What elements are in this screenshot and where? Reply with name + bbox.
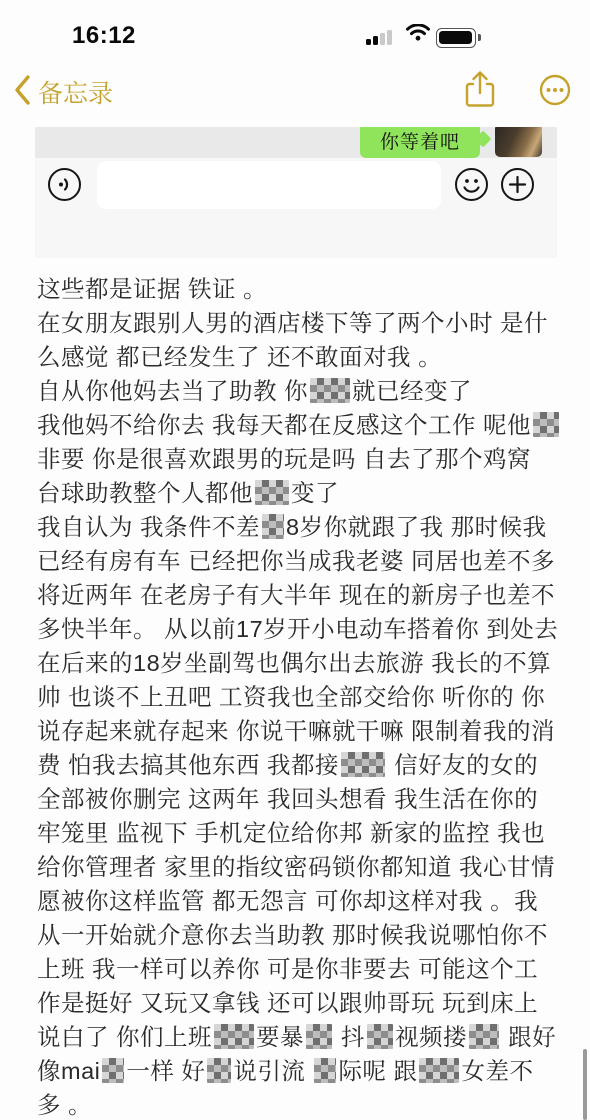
status-time: 16:12 [72, 22, 136, 50]
back-label: 备忘录 [38, 74, 113, 110]
note-text-segment: 就已经变了 [352, 378, 472, 404]
note-line: 像mai一样 好说引流 际呢 跟女差不 [37, 1054, 572, 1088]
note-text-segment: 愿被你这样监管 都无怨言 可你却这样对我 。我 [37, 888, 538, 914]
scrollbar-thumb[interactable] [583, 1049, 587, 1120]
back-chevron-icon [14, 75, 30, 110]
note-text-segment: 视频搂 [395, 1024, 467, 1050]
note-text-segment: 费 怕我去搞其他东西 我都接 [37, 752, 339, 778]
note-text-segment: 将近两年 在老房子有大半年 现在的新房子也差不 [37, 582, 555, 608]
censored-text-block [469, 1024, 499, 1049]
note-text-segment: 抖 [334, 1024, 365, 1050]
note-line: 在女朋友跟别人男的酒店楼下等了两个小时 是什 [37, 306, 572, 340]
censored-text-block [341, 752, 385, 777]
note-line: 说白了 你们上班要暴 抖视频搂 跟好 [37, 1020, 572, 1054]
censored-text-block [207, 1058, 231, 1083]
note-text-segment: 跟好 [501, 1024, 556, 1050]
embedded-chat-screenshot[interactable]: 你等着吧 [35, 127, 557, 258]
status-bar: 16:12 [0, 0, 590, 60]
battery-icon [436, 27, 480, 47]
note-text-segment: 多 。 [37, 1092, 92, 1118]
note-line: 牢笼里 监视下 手机定位给你邦 新家的监控 我也 [37, 816, 572, 850]
voice-icon [48, 168, 81, 201]
note-line: 从一开始就介意你去当助教 那时候我说哪怕你不 [37, 918, 572, 952]
censored-text-block [255, 480, 289, 505]
note-text-segment: 说存起来就存起来 你说干嘛就干嘛 限制着我的消 [37, 718, 555, 744]
cellular-signal-icon [366, 29, 396, 45]
note-line: 我他妈不给你去 我每天都在反感这个工作 呢他 [37, 408, 572, 442]
censored-text-block [306, 1024, 332, 1049]
note-body[interactable]: 这些都是证据 铁证 。在女朋友跟别人男的酒店楼下等了两个小时 是什么感觉 都已经… [37, 272, 572, 1120]
note-text-segment: 这些都是证据 铁证 。 [37, 276, 267, 302]
chat-bubble: 你等着吧 [360, 127, 480, 158]
note-line: 已经有房有车 已经把你当成我老婆 同居也差不多 [37, 544, 572, 578]
note-text-segment: 已经有房有车 已经把你当成我老婆 同居也差不多 [37, 548, 555, 574]
note-text-segment: 我自认为 我条件不差 [37, 514, 260, 540]
note-text-segment: 女差不 [461, 1058, 533, 1084]
note-line: 多快半年。 从以前17岁开小电动车搭着你 到处去 [37, 612, 572, 646]
note-text-segment: 给你管理者 家里的指纹密码锁你都知道 我心甘情 [37, 854, 555, 880]
chat-text-input [97, 161, 441, 209]
censored-text-block [314, 1058, 336, 1083]
note-text-segment: 台球助教整个人都他 [37, 480, 253, 506]
note-line: 给你管理者 家里的指纹密码锁你都知道 我心甘情 [37, 850, 572, 884]
status-icons [366, 26, 486, 48]
note-text-segment: 在女朋友跟别人男的酒店楼下等了两个小时 是什 [37, 310, 548, 336]
notes-nav-bar: 备忘录 [0, 62, 590, 124]
censored-text-block [310, 378, 350, 403]
note-text-segment: 信好友的女的 [387, 752, 538, 778]
note-line: 在后来的18岁坐副驾也偶尔出去旅游 我长的不算 [37, 646, 572, 680]
censored-text-block [102, 1058, 124, 1083]
note-text-segment: 上班 我一样可以养你 可是你非要去 可能这个工 [37, 956, 538, 982]
censored-text-block [419, 1058, 459, 1083]
note-text-segment: 作是挺好 又玩又拿钱 还可以跟帅哥玩 玩到床上 [37, 990, 538, 1016]
note-line: 么感觉 都已经发生了 还不敢面对我 。 [37, 340, 572, 374]
plus-icon [501, 168, 534, 201]
note-line: 帅 也谈不上丑吧 工资我也全部交给你 听你的 你 [37, 680, 572, 714]
note-text-segment: 际呢 跟 [338, 1058, 417, 1084]
note-line: 作是挺好 又玩又拿钱 还可以跟帅哥玩 玩到床上 [37, 986, 572, 1020]
note-text-segment: 说白了 你们上班 [37, 1024, 212, 1050]
emoji-icon [455, 168, 488, 201]
note-line: 台球助教整个人都他变了 [37, 476, 572, 510]
note-line: 全部被你删完 这两年 我回头想看 我生活在你的 [37, 782, 572, 816]
note-text-segment: 多快半年。 从以前17岁开小电动车搭着你 到处去 [37, 616, 558, 642]
share-icon[interactable] [464, 70, 496, 115]
note-line: 费 怕我去搞其他东西 我都接 信好友的女的 [37, 748, 572, 782]
note-text-segment: 像mai [37, 1058, 100, 1084]
note-text-segment: 8岁你就跟了我 那时候我 [286, 514, 547, 540]
more-ellipsis-icon[interactable] [538, 73, 572, 112]
note-text-segment: 我他妈不给你去 我每天都在反感这个工作 呢他 [37, 412, 531, 438]
note-line: 说存起来就存起来 你说干嘛就干嘛 限制着我的消 [37, 714, 572, 748]
back-button[interactable]: 备忘录 [14, 74, 113, 110]
chat-input-toolbar [35, 158, 557, 258]
note-line: 自从你他妈去当了助教 你就已经变了 [37, 374, 572, 408]
note-text-segment: 要暴 [256, 1024, 304, 1050]
note-text-segment: 说引流 [233, 1058, 312, 1084]
note-line: 我自认为 我条件不差8岁你就跟了我 那时候我 [37, 510, 572, 544]
wifi-icon [406, 24, 430, 46]
censored-text-block [214, 1024, 254, 1049]
note-text-segment: 牢笼里 监视下 手机定位给你邦 新家的监控 我也 [37, 820, 545, 846]
note-line: 将近两年 在老房子有大半年 现在的新房子也差不 [37, 578, 572, 612]
note-text-segment: 非要 你是很喜欢跟男的玩是吗 自去了那个鸡窝 [37, 446, 531, 472]
note-line: 愿被你这样监管 都无怨言 可你却这样对我 。我 [37, 884, 572, 918]
note-text-segment: 变了 [291, 480, 339, 506]
note-line: 上班 我一样可以养你 可是你非要去 可能这个工 [37, 952, 572, 986]
chat-message-area: 你等着吧 [35, 127, 557, 158]
note-line: 多 。 [37, 1088, 572, 1120]
note-text-segment: 么感觉 都已经发生了 还不敢面对我 。 [37, 344, 442, 370]
note-text-segment: 全部被你删完 这两年 我回头想看 我生活在你的 [37, 786, 538, 812]
note-text-segment: 在后来的18岁坐副驾也偶尔出去旅游 我长的不算 [37, 650, 551, 676]
censored-text-block [262, 514, 284, 539]
censored-text-block [367, 1024, 393, 1049]
note-text-segment: 帅 也谈不上丑吧 工资我也全部交给你 听你的 你 [37, 684, 545, 710]
censored-text-block [533, 412, 559, 437]
note-line: 非要 你是很喜欢跟男的玩是吗 自去了那个鸡窝 [37, 442, 572, 476]
note-line: 这些都是证据 铁证 。 [37, 272, 572, 306]
avatar [495, 127, 542, 157]
note-text-segment: 一样 好 [126, 1058, 205, 1084]
chat-bubble-text: 你等着吧 [380, 127, 460, 154]
note-text-segment: 从一开始就介意你去当助教 那时候我说哪怕你不 [37, 922, 548, 948]
note-text-segment: 自从你他妈去当了助教 你 [37, 378, 308, 404]
